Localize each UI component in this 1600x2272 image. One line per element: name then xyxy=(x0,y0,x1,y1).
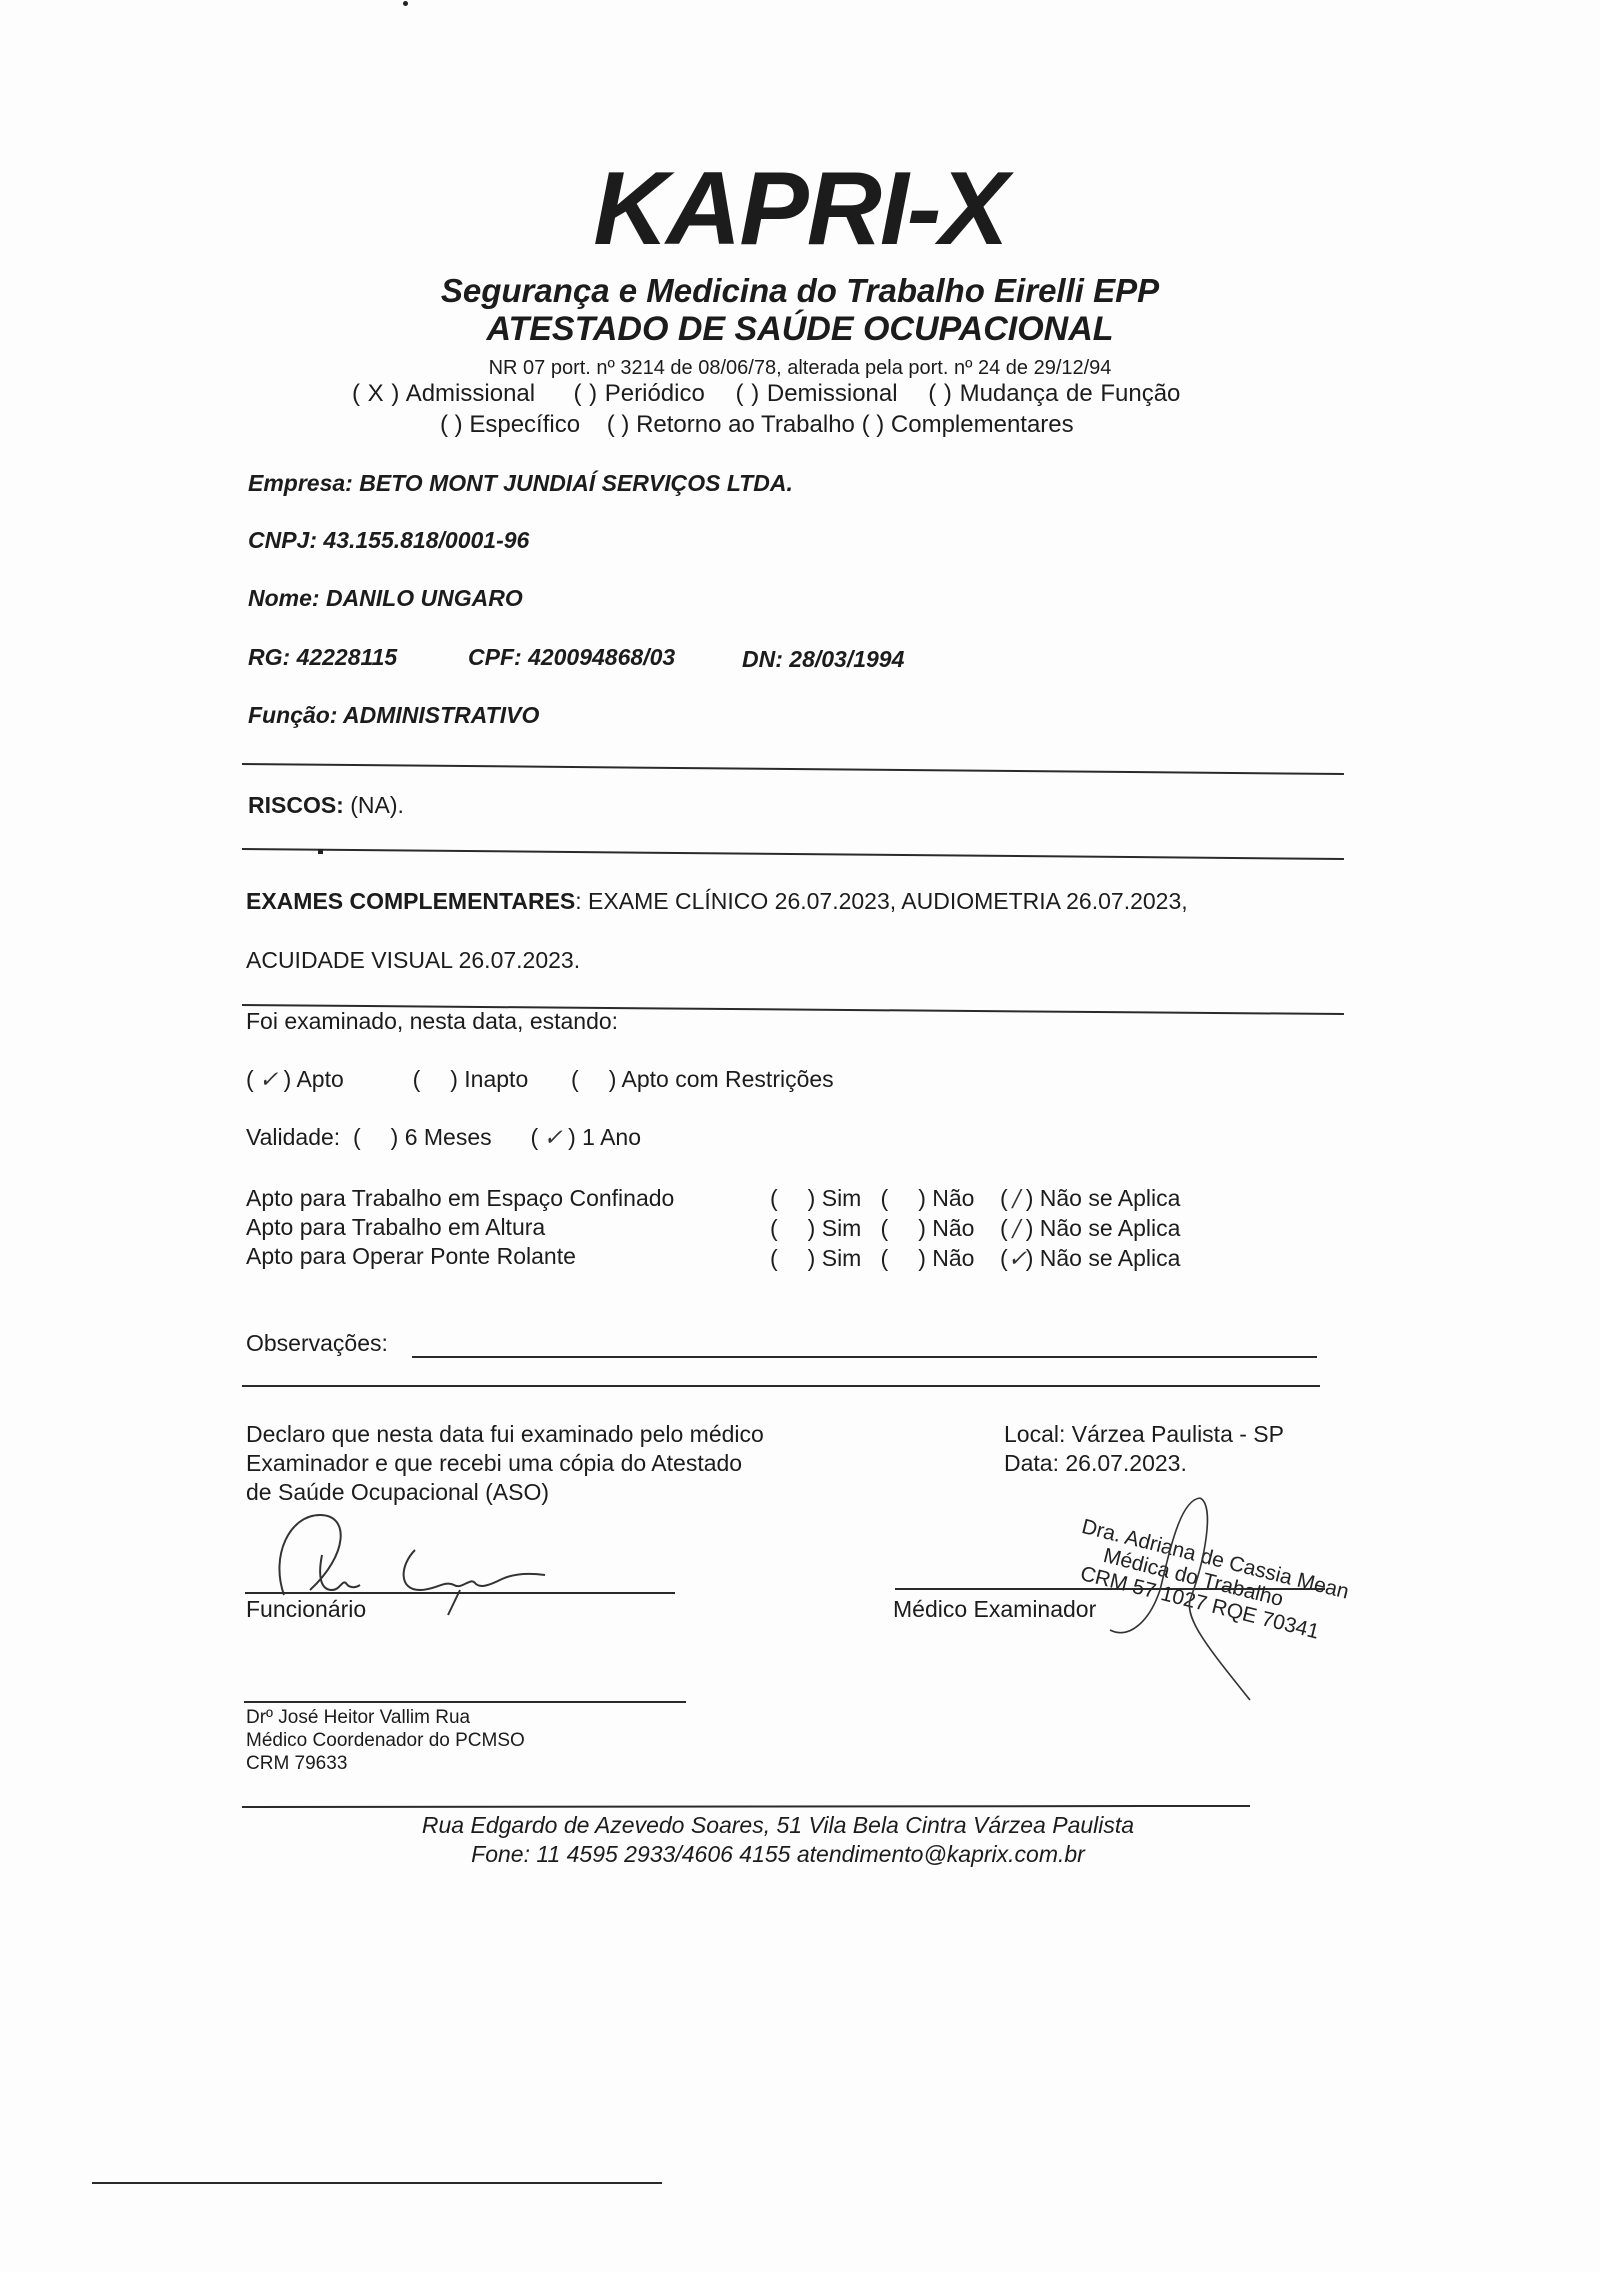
footer-divider xyxy=(242,1805,1250,1808)
option-inapto[interactable]: () Inapto xyxy=(413,1066,529,1092)
employee-declaration: Declaro que nesta data fui examinado pel… xyxy=(246,1420,764,1507)
scan-speck xyxy=(318,849,323,854)
nome-field: Nome: DANILO UNGARO xyxy=(248,585,523,612)
sim-option[interactable]: () Sim xyxy=(770,1245,861,1271)
aptitude-label: Apto para Trabalho em Altura xyxy=(246,1213,674,1242)
employee-signature-label: Funcionário xyxy=(246,1596,366,1623)
coordinator-crm: CRM 79633 xyxy=(246,1752,525,1775)
exam-type-periodico[interactable]: ( ) Periódico xyxy=(573,380,704,407)
local: Local: Várzea Paulista - SP xyxy=(1004,1420,1284,1449)
coordinator-role: Médico Coordenador do PCMSO xyxy=(246,1729,525,1752)
funcao-value: ADMINISTRATIVO xyxy=(343,702,539,728)
cpf-value: 420094868/03 xyxy=(528,644,675,670)
bottom-divider xyxy=(92,2182,662,2184)
coordinator-name: Drº José Heitor Vallim Rua xyxy=(246,1706,525,1729)
checkbox-mark: X xyxy=(368,380,384,407)
cpf-field: CPF: 420094868/03 xyxy=(468,644,675,671)
nao-se-aplica-option[interactable]: (✓) Não se Aplica xyxy=(1000,1245,1180,1271)
nao-option[interactable]: () Não xyxy=(881,1215,975,1241)
cnpj-value: 43.155.818/0001-96 xyxy=(323,527,529,553)
option-apto-com-restricoes[interactable]: () Apto com Restrições xyxy=(571,1066,834,1092)
nao-se-aplica-option[interactable]: (/) Não se Aplica xyxy=(1000,1185,1180,1211)
aptitude-labels: Apto para Trabalho em Espaço Confinado A… xyxy=(246,1184,674,1271)
nao-option[interactable]: () Não xyxy=(881,1185,975,1211)
riscos-field: RISCOS: (NA). xyxy=(248,792,404,819)
sim-option[interactable]: () Sim xyxy=(770,1185,861,1211)
scan-speck xyxy=(403,1,408,6)
aptitude-label: Apto para Operar Ponte Rolante xyxy=(246,1242,674,1271)
regulation-reference: NR 07 port. nº 3214 de 08/06/78, alterad… xyxy=(0,357,1600,380)
observacoes-line-2[interactable] xyxy=(242,1385,1320,1387)
aptitude-row-confinado: () Sim () Não (/) Não se Aplica xyxy=(770,1184,1180,1214)
exam-type-mudanca-funcao[interactable]: ( ) Mudança de Função xyxy=(928,380,1180,407)
nao-se-aplica-option[interactable]: (/) Não se Aplica xyxy=(1000,1215,1180,1241)
check-mark: ✓ xyxy=(538,1125,568,1151)
exames-complementares: EXAMES COMPLEMENTARES: EXAME CLÍNICO 26.… xyxy=(246,888,1188,915)
empresa-value: BETO MONT JUNDIAÍ SERVIÇOS LTDA. xyxy=(359,470,793,496)
funcao-field: Função: ADMINISTRATIVO xyxy=(248,702,539,729)
company-logo: KAPRI-X xyxy=(0,150,1600,269)
date: Data: 26.07.2023. xyxy=(1004,1449,1284,1478)
empresa-field: Empresa: BETO MONT JUNDIAÍ SERVIÇOS LTDA… xyxy=(248,470,793,497)
nome-value: DANILO UNGARO xyxy=(326,585,523,611)
exam-type-especifico[interactable]: ( ) Específico xyxy=(440,411,580,438)
option-1-ano[interactable]: (✓) 1 Ano xyxy=(530,1124,641,1150)
option-apto[interactable]: (✓) Apto xyxy=(246,1066,344,1092)
coordinator-block: Drº José Heitor Vallim Rua Médico Coorde… xyxy=(246,1706,525,1775)
dn-field: DN: 28/03/1994 xyxy=(742,646,904,673)
doctor-signature xyxy=(1090,1490,1270,1710)
rg-field: RG: 42228115 xyxy=(248,644,397,671)
exam-type-demissional[interactable]: ( ) Demissional xyxy=(736,380,898,407)
exames-complementares-cont: ACUIDADE VISUAL 26.07.2023. xyxy=(246,947,580,974)
exam-type-complementares[interactable]: ( ) Complementares xyxy=(862,411,1074,438)
exam-type-admissional[interactable]: ( X ) Admissional xyxy=(352,380,535,407)
rg-value: 42228115 xyxy=(297,644,398,670)
riscos-value: (NA). xyxy=(350,792,404,818)
exam-type-row-2: ( ) Específico ( ) Retorno ao Trabalho (… xyxy=(440,411,1074,439)
place-date: Local: Várzea Paulista - SP Data: 26.07.… xyxy=(1004,1420,1284,1478)
aptitude-row-altura: () Sim () Não (/) Não se Aplica xyxy=(770,1214,1180,1244)
doctor-signature-label: Médico Examinador xyxy=(893,1596,1096,1623)
check-mark: ✓ xyxy=(254,1067,284,1093)
observacoes-label: Observações: xyxy=(246,1330,388,1357)
divider xyxy=(242,848,1344,860)
nao-option[interactable]: () Não xyxy=(881,1245,975,1271)
cnpj-field: CNPJ: 43.155.818/0001-96 xyxy=(248,527,529,554)
coordinator-signature-line xyxy=(244,1701,686,1703)
sim-option[interactable]: () Sim xyxy=(770,1215,861,1241)
document-title: ATESTADO DE SAÚDE OCUPACIONAL xyxy=(0,310,1600,349)
exam-type-retorno[interactable]: ( ) Retorno ao Trabalho xyxy=(607,411,855,438)
footer-address: Rua Edgardo de Azevedo Soares, 51 Vila B… xyxy=(0,1812,1578,1839)
result-options: (✓) Apto () Inapto () Apto com Restriçõe… xyxy=(246,1066,834,1093)
aptitude-row-ponte-rolante: () Sim () Não (✓) Não se Aplica xyxy=(770,1244,1180,1274)
observacoes-line[interactable] xyxy=(412,1356,1317,1358)
aptitude-checkboxes: () Sim () Não (/) Não se Aplica () Sim (… xyxy=(770,1184,1180,1274)
option-6-meses[interactable]: () 6 Meses xyxy=(353,1124,492,1150)
dn-value: 28/03/1994 xyxy=(789,646,904,672)
result-intro: Foi examinado, nesta data, estando: xyxy=(246,1008,618,1035)
aptitude-label: Apto para Trabalho em Espaço Confinado xyxy=(246,1184,674,1213)
footer-contact: Fone: 11 4595 2933/4606 4155 atendimento… xyxy=(0,1841,1578,1868)
exam-type-row-1: ( X ) Admissional ( ) Periódico ( ) Demi… xyxy=(352,380,1180,408)
validade-row: Validade: () 6 Meses (✓) 1 Ano xyxy=(246,1124,641,1151)
divider xyxy=(242,763,1344,775)
employee-signature-line xyxy=(245,1592,675,1594)
company-name: Segurança e Medicina do Trabalho Eirelli… xyxy=(0,272,1600,310)
